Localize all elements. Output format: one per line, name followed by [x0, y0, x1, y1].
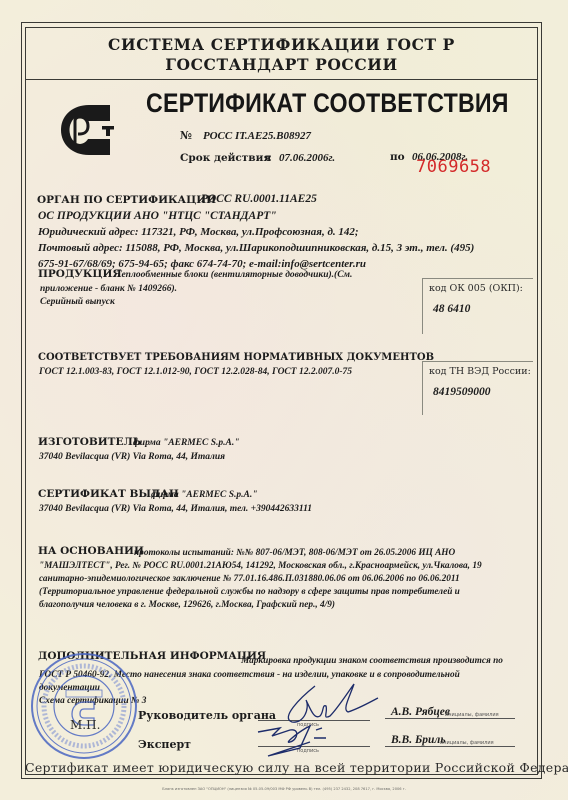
manufacturer-name: фирма "AERMEC S.p.A." [133, 438, 240, 448]
basis-line5: благополучия человека в г. Москве, 12962… [39, 600, 335, 610]
tnved-code-label: код ТН ВЭД России: [429, 366, 531, 377]
product-label: ПРОДУКЦИЯ [38, 268, 122, 280]
product-line1: Теплообменные блоки (вентиляторные довод… [116, 270, 352, 280]
official-seal-icon [28, 650, 140, 762]
issued-to-address: 37040 Bevilacqua (VR) Via Roma, 44, Итал… [39, 504, 312, 514]
product-line2: приложение - бланк № 1409266). [40, 284, 177, 294]
okp-code-box: код ОК 005 (ОКП): 48 6410 [422, 278, 533, 334]
serial-number: 7069658 [416, 157, 491, 177]
system-title-line2: ГОССТАНДАРТ РОССИИ [25, 55, 538, 74]
number-label: № [180, 129, 192, 142]
legal-address: Юридический адрес: 117321, РФ, Москва, у… [38, 226, 359, 238]
validity-to-label: по [390, 151, 405, 163]
postal-address: Почтовый адрес: 115088, РФ, Москва, ул.Ш… [38, 242, 474, 254]
okp-code-value: 48 6410 [433, 303, 470, 315]
certification-body-code: РОСС RU.0001.11AE25 [201, 193, 317, 205]
basis-label: НА ОСНОВАНИИ [38, 545, 144, 557]
head-name-caption: инициалы, фамилия [445, 712, 499, 718]
validity-label: Срок действия [180, 152, 271, 164]
validity-from-date: 07.06.2006г. [279, 152, 335, 164]
conformity-standards: ГОСТ 12.1.003-83, ГОСТ 12.1.012-90, ГОСТ… [39, 367, 352, 377]
certificate-number: РОСС IT.AE25.B08927 [203, 130, 311, 142]
rst-gost-mark-icon [58, 102, 120, 158]
product-line3: Серийный выпуск [40, 297, 115, 307]
issued-to-name: фирма "AERMEC S.p.A." [151, 490, 258, 500]
printer-note: Бланк изготовлен ЗАО "ОПЦИОН" (лицензия … [0, 787, 568, 791]
certificate-title: СЕРТИФИКАТ СООТВЕТСТВИЯ [146, 88, 509, 119]
tnved-code-box: код ТН ВЭД России: 8419509000 [422, 361, 533, 415]
basis-line2: "МАШЭЛТЕСТ", Рег. № РОСС RU.0001.21АЮ54,… [39, 561, 482, 571]
expert-signature-icon [250, 718, 350, 760]
validity-from-label: с [265, 152, 271, 164]
header-divider [25, 79, 538, 80]
certification-body-label: ОРГАН ПО СЕРТИФИКАЦИИ [37, 194, 216, 206]
legal-validity-note: Сертификат имеет юридическую силу на все… [25, 760, 538, 775]
certification-body-name: ОС ПРОДУКЦИИ АНО "НТЦС "СТАНДАРТ" [38, 210, 277, 222]
system-title-line1: СИСТЕМА СЕРТИФИКАЦИИ ГОСТ Р [25, 35, 538, 54]
manufacturer-label: ИЗГОТОВИТЕЛЬ [38, 436, 141, 448]
head-name-line [385, 718, 515, 719]
expert-name: В.В. Бриль [391, 734, 446, 746]
head-name: А.В. Рябцев [391, 706, 450, 718]
okp-code-label: код ОК 005 (ОКП): [429, 283, 523, 294]
manufacturer-address: 37040 Bevilacqua (VR) Via Roma, 44, Итал… [39, 452, 225, 462]
expert-name-caption: инициалы, фамилия [440, 740, 494, 746]
stamp-label: М.П. [70, 718, 100, 732]
basis-line1: протоколы испытаний: №№ 807-06/МЭТ, 808-… [134, 548, 455, 558]
basis-line4: (Территориальное управление федеральной … [39, 587, 460, 597]
expert-label: Эксперт [138, 738, 191, 751]
additional-info-line1: Маркировка продукции знаком соответствия… [241, 656, 503, 666]
expert-name-line [385, 746, 515, 747]
tnved-code-value: 8419509000 [433, 386, 491, 398]
basis-line3: санитарно-эпидемиологическое заключение … [39, 574, 460, 584]
conformity-label: СООТВЕТСТВУЕТ ТРЕБОВАНИЯМ НОРМАТИВНЫХ ДО… [38, 352, 434, 363]
